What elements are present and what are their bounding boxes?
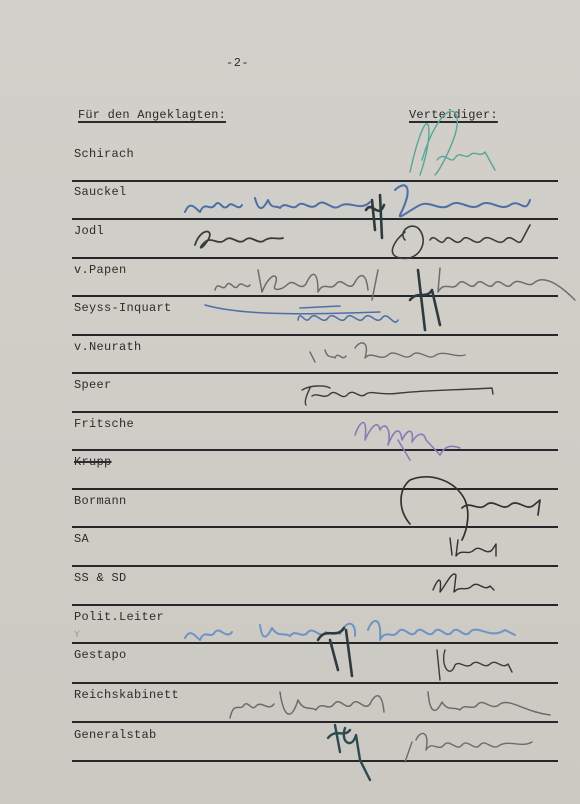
document-page: -2- Für den Angeklagten: Verteidiger: Sc… [0, 0, 580, 804]
signature-line [72, 721, 558, 723]
signature-sauckel [185, 185, 530, 216]
signature-line [72, 488, 558, 490]
defendant-label: SA [74, 532, 89, 546]
header-counsel: Verteidiger: [409, 108, 498, 122]
signature-line [72, 411, 558, 413]
signature-jodl-1 [195, 232, 283, 248]
defendant-label: Bormann [74, 494, 127, 508]
signature-line [72, 642, 558, 644]
signature-speer [302, 386, 493, 405]
signature-line [72, 604, 558, 606]
signature-sauckel-mark [366, 195, 384, 238]
signature-generalstab-mark [328, 725, 370, 780]
signature-ss-sd [433, 574, 494, 592]
defendant-label: Fritsche [74, 417, 134, 431]
signature-gestapo [437, 650, 512, 680]
header-defendants: Für den Angeklagten: [78, 108, 226, 122]
defendant-label: SS & SD [74, 571, 127, 585]
signature-fritsche [355, 423, 460, 461]
signature-neurath [310, 343, 465, 362]
defendant-label-struck: Krupp [74, 455, 112, 469]
signature-line [72, 218, 558, 220]
defendant-label: Polit.Leiter [74, 610, 164, 624]
signature-sa [450, 538, 496, 556]
defendant-label: v.Papen [74, 263, 127, 277]
defendant-label: Jodl [74, 224, 104, 238]
page-number: -2- [226, 56, 249, 70]
signature-papen-mark [410, 270, 440, 330]
signature-line [72, 372, 558, 374]
signature-generalstab [405, 733, 532, 762]
defendant-label: Seyss-Inquart [74, 301, 172, 315]
defendant-label: Gestapo [74, 648, 127, 662]
signature-line [72, 760, 558, 762]
signature-line [72, 257, 558, 259]
signature-reichskabinett [230, 692, 550, 718]
signature-line [72, 565, 558, 567]
defendant-label: Sauckel [74, 185, 127, 199]
signature-polit-leiter-mark [318, 628, 352, 676]
signature-seyss [205, 305, 398, 322]
signature-line [72, 682, 558, 684]
signature-polit-leiter [185, 621, 515, 640]
defendant-label: Schirach [74, 147, 134, 161]
signature-jodl-2 [392, 225, 530, 258]
marginal-mark: Y [74, 630, 80, 641]
defendant-label: v.Neurath [74, 340, 142, 354]
signature-line [72, 526, 558, 528]
signature-bormann [401, 477, 540, 540]
signature-line [72, 334, 558, 336]
defendant-label: Speer [74, 378, 112, 392]
signature-line [72, 449, 558, 451]
defendant-label: Generalstab [74, 728, 157, 742]
signature-line [72, 180, 558, 182]
signature-line [72, 295, 558, 297]
defendant-label: Reichskabinett [74, 688, 179, 702]
